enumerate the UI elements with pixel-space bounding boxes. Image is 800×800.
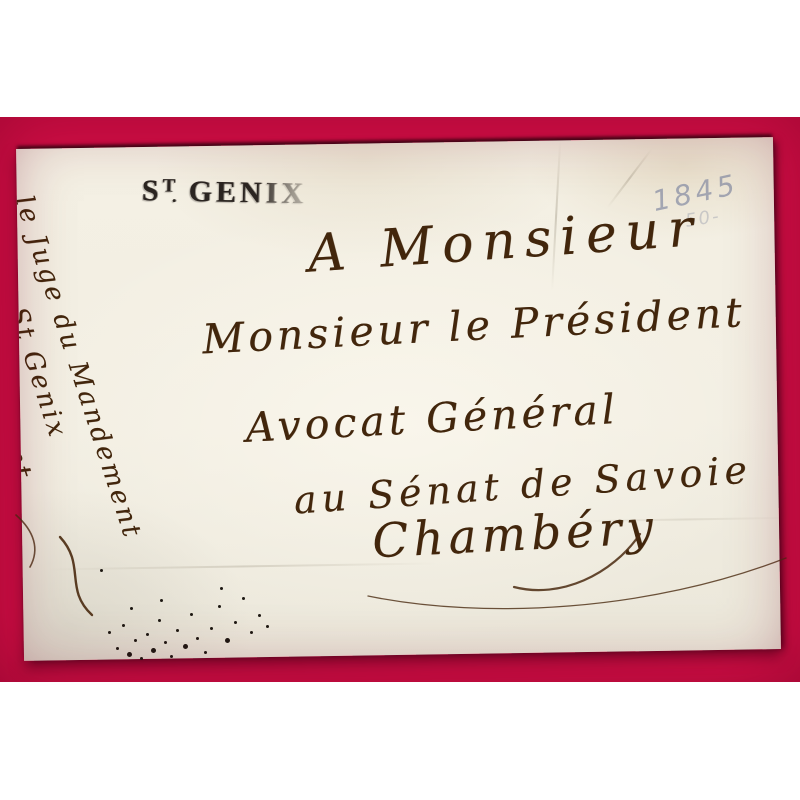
postmark-st-genix: ST.GENIX — [141, 174, 307, 211]
page: ST.GENIX 1845 50- A Monsieur Monsieur le… — [0, 0, 800, 800]
paper-crease-diagonal — [606, 148, 652, 208]
sender-franchise-note: le Juge du Mandement de St Genix Dumont — [16, 191, 174, 639]
cover-photo: ST.GENIX 1845 50- A Monsieur Monsieur le… — [0, 117, 800, 682]
postmark-letter-s: S — [141, 174, 162, 207]
address-line-president: Monsieur le Président — [201, 288, 747, 363]
address-line-a-monsieur: A Monsieur — [306, 198, 704, 285]
ink-spatter — [100, 569, 103, 572]
postmark-town-name: GENIX — [188, 175, 307, 210]
letter-paper: ST.GENIX 1845 50- A Monsieur Monsieur le… — [16, 137, 781, 661]
postmark-dot: . — [172, 186, 181, 206]
address-line-avocat-general: Avocat Général — [244, 385, 620, 452]
